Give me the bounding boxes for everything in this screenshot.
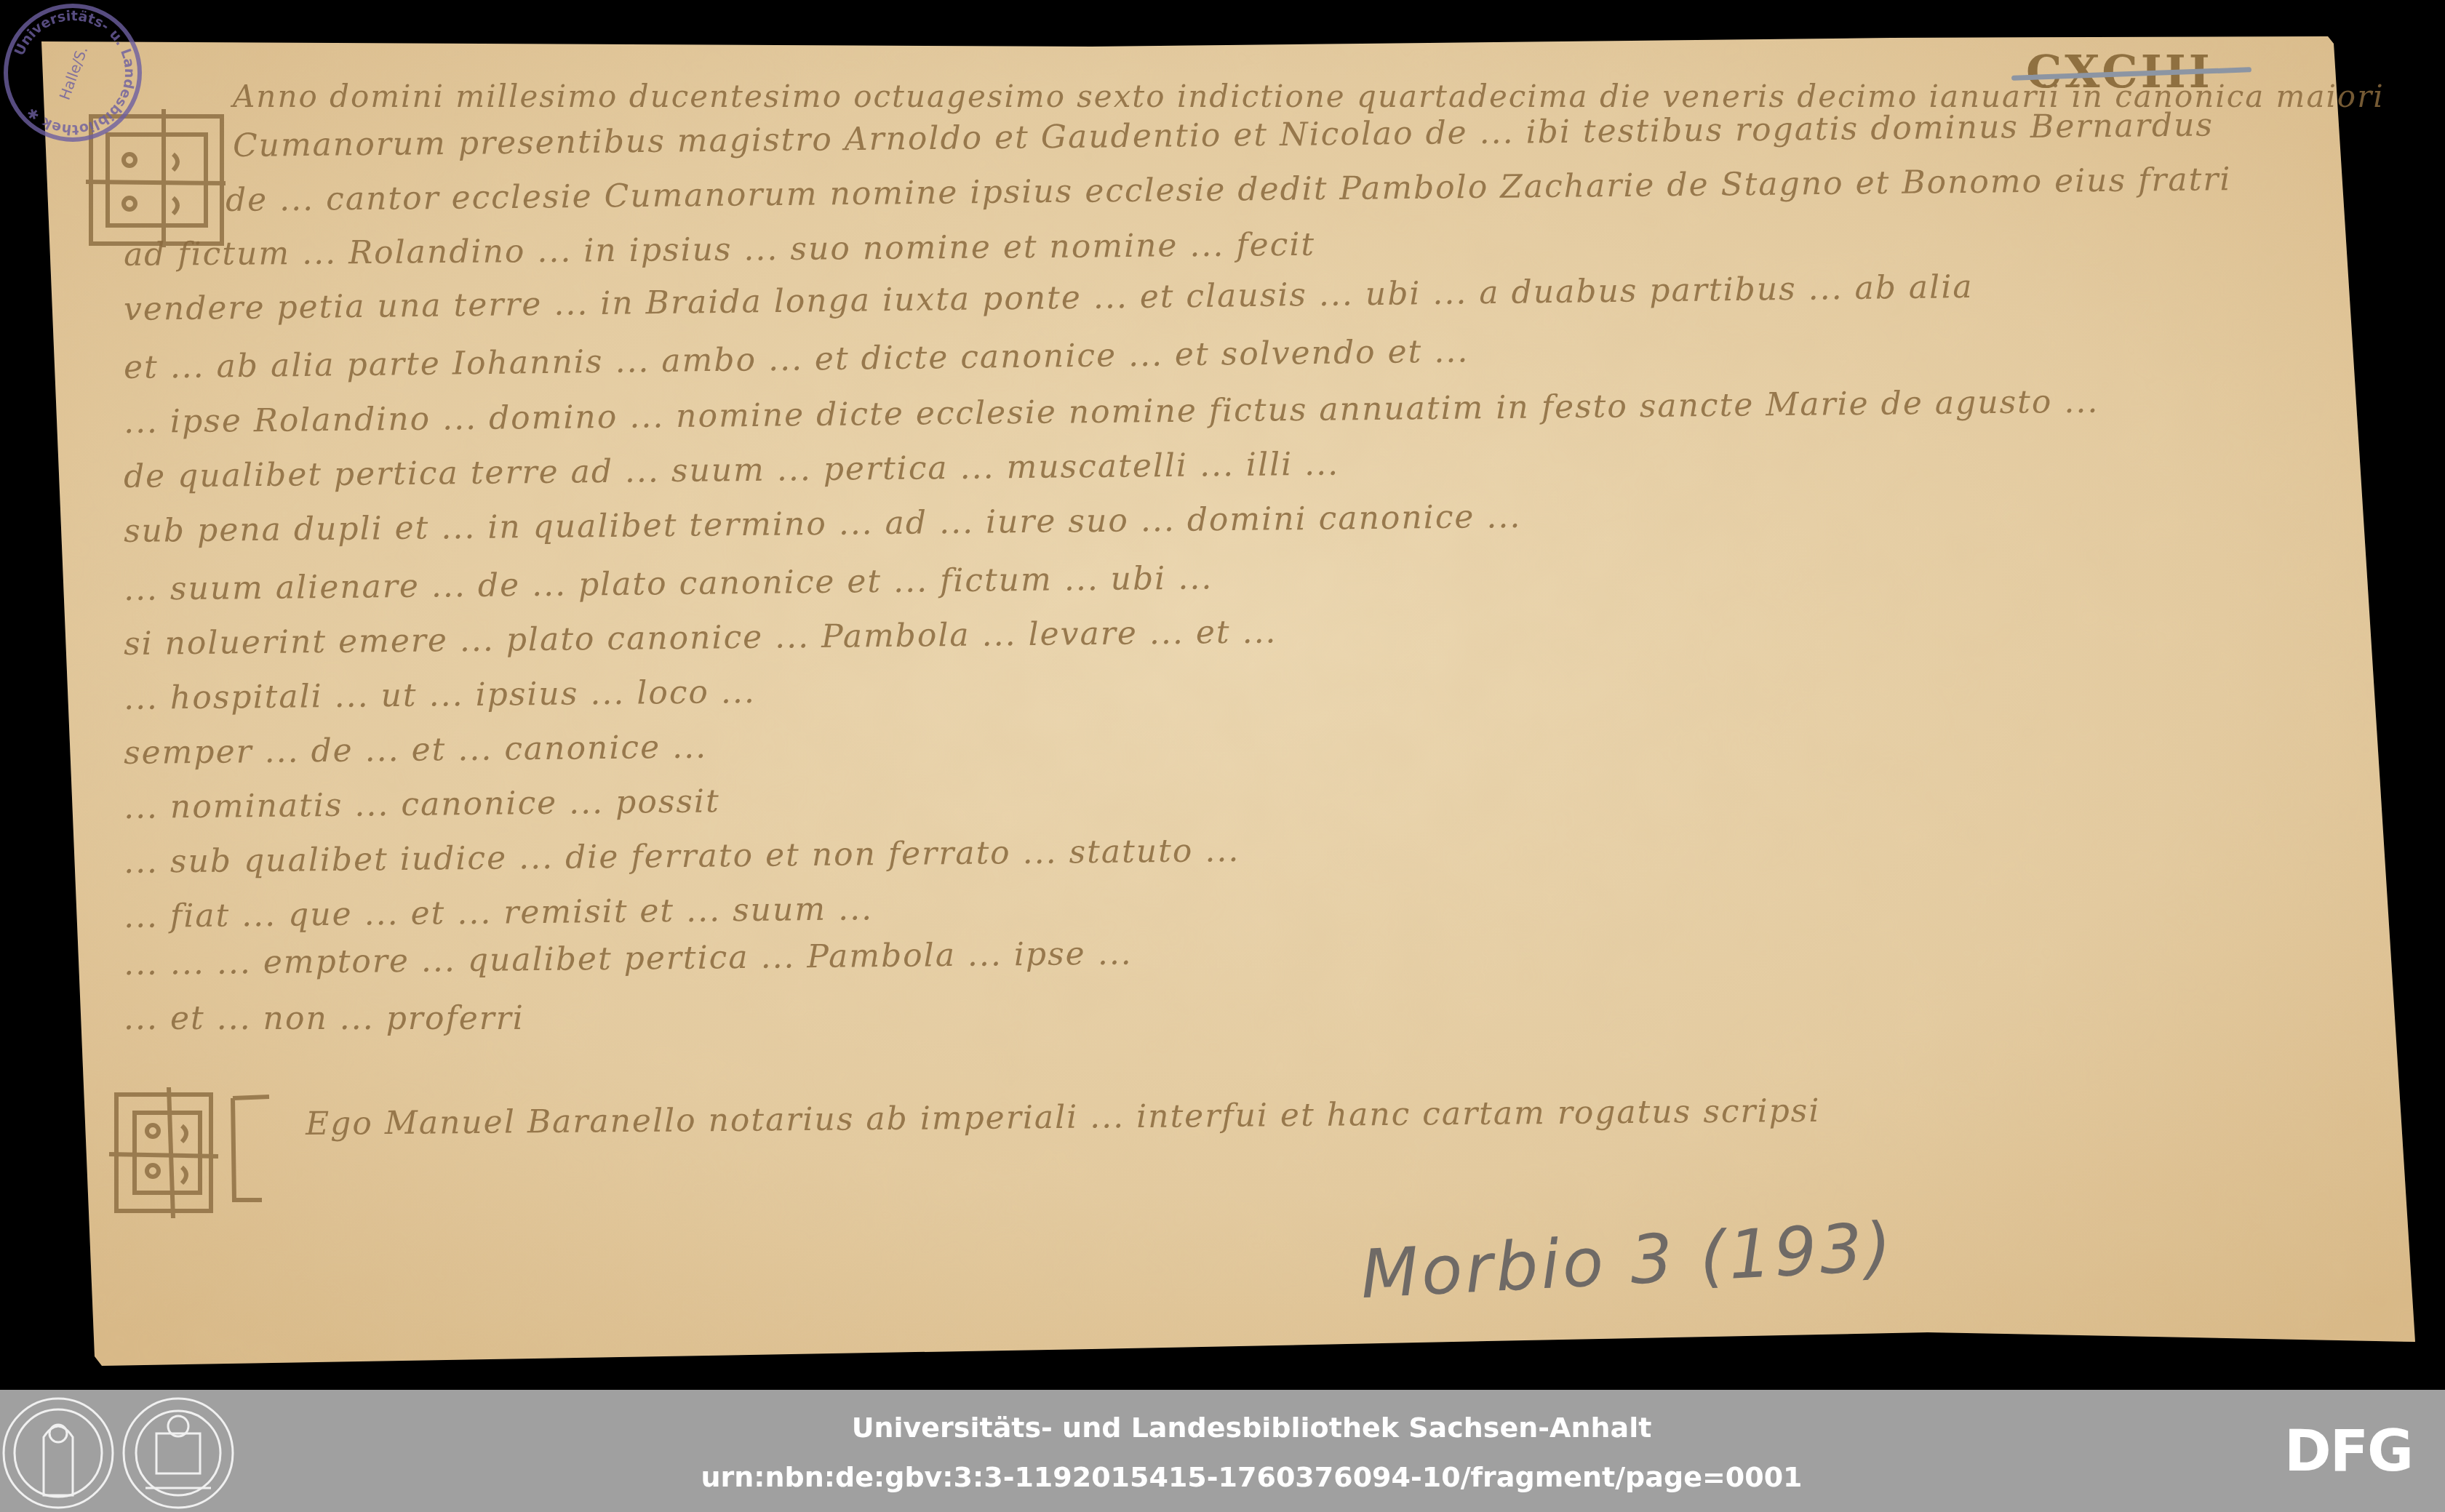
text-line: ... fiat ... que ... et ... remisit et .…	[124, 890, 874, 935]
text-line: ... hospitali ... ut ... ipsius ... loco…	[124, 673, 756, 717]
parchment-document: CXCIII Anno domini millesimo ducentesimo…	[0, 0, 2445, 1390]
text-line: semper ... de ... et ... canonice ...	[124, 729, 708, 772]
dfg-logo: DFG	[2284, 1419, 2412, 1484]
institution-name: Universitäts- und Landesbibliothek Sachs…	[0, 1412, 2445, 1444]
text-line: ... nominatis ... canonice ... possit	[124, 783, 720, 826]
svg-text:Halle/S.: Halle/S.	[56, 44, 92, 102]
footer-bar: Universitäts- und Landesbibliothek Sachs…	[0, 1390, 2445, 1512]
text-line: ... et ... non ... proferri	[124, 1000, 525, 1037]
image-viewer: CXCIII Anno domini millesimo ducentesimo…	[0, 0, 2445, 1390]
library-stamp: Universitäts- u. Landesbibliothek ✱ Hall…	[0, 0, 145, 145]
urn-identifier[interactable]: urn:nbn:de:gbv:3:3-1192015415-1760376094…	[0, 1461, 2445, 1493]
